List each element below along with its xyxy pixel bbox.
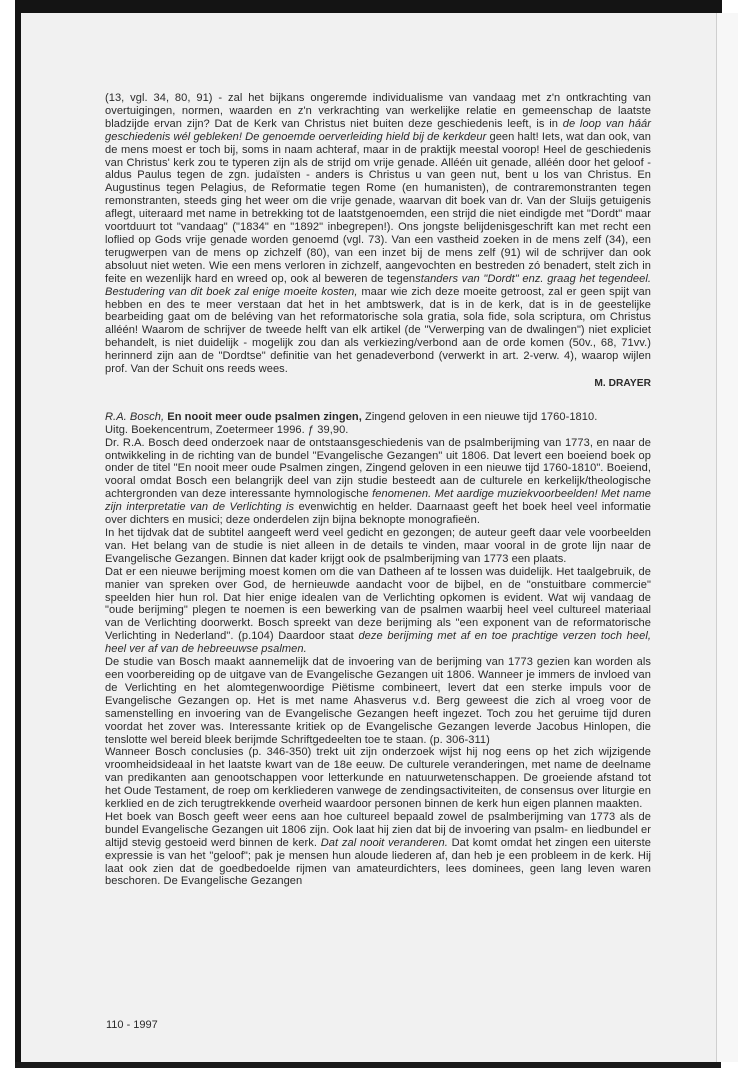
book-author: R.A. Bosch, bbox=[105, 411, 164, 423]
reviewer-signature: M. DRAYER bbox=[105, 378, 651, 391]
scan-border-bottom bbox=[15, 1062, 721, 1068]
body-text: geen halt! Iets, wat dan ook, van de men… bbox=[105, 131, 651, 285]
review-paragraph: (13, vgl. 34, 80, 91) - zal het bijkans … bbox=[105, 92, 651, 376]
review-paragraph: De studie van Bosch maakt aannemelijk da… bbox=[105, 656, 651, 746]
scan-border-top bbox=[16, 0, 722, 13]
review-paragraph: Dat er een nieuwe berijming moest komen … bbox=[105, 566, 651, 656]
review-paragraph: Het boek van Bosch geeft weer eens aan h… bbox=[105, 811, 651, 888]
book-citation: R.A. Bosch, En nooit meer oude psalmen z… bbox=[105, 411, 651, 424]
review-paragraph: Dr. R.A. Bosch deed onderzoek naar de on… bbox=[105, 437, 651, 527]
page-number: 110 - 1997 bbox=[106, 1019, 158, 1031]
book-subtitle: Zingend geloven in een nieuwe tijd 1760-… bbox=[362, 411, 597, 423]
book-publisher: Uitg. Boekencentrum, Zoetermeer 1996. ƒ … bbox=[105, 424, 651, 437]
review-drayer: (13, vgl. 34, 80, 91) - zal het bijkans … bbox=[105, 92, 651, 391]
italic-text: Dat zal nooit veranderen. bbox=[321, 837, 448, 849]
review-bosch: R.A. Bosch, En nooit meer oude psalmen z… bbox=[105, 411, 651, 889]
scan-margin-right bbox=[717, 13, 738, 1062]
book-title: En nooit meer oude psalmen zingen, bbox=[164, 411, 362, 423]
review-paragraph: Wanneer Bosch conclusies (p. 346-350) tr… bbox=[105, 746, 651, 811]
page-body: (13, vgl. 34, 80, 91) - zal het bijkans … bbox=[105, 92, 651, 888]
review-paragraph: In het tijdvak dat de subtitel aangeeft … bbox=[105, 527, 651, 566]
body-text: maar wie zich deze moeite getroost, zal … bbox=[105, 286, 651, 375]
